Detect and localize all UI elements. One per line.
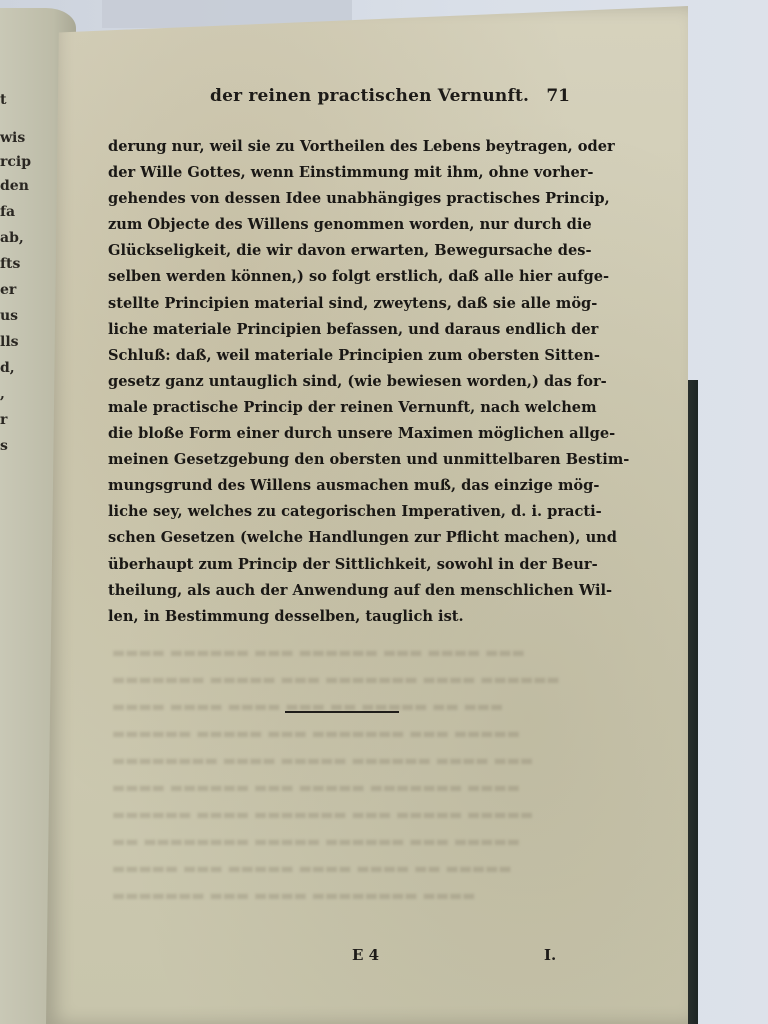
text-line: mungsgrund des Willens ausmachen muß, da…: [108, 473, 572, 499]
left-page-fragment: lls: [0, 334, 19, 350]
left-page-fragment: r: [0, 412, 7, 428]
text-line: meinen Gesetzgebung den obersten und unm…: [108, 447, 572, 473]
text-line: der Wille Gottes, wenn Einstimmung mit i…: [108, 160, 572, 186]
text-line: liche materiale Principien befassen, und…: [108, 317, 572, 343]
catchword: I.: [544, 946, 556, 964]
text-line: derung nur, weil sie zu Vortheilen des L…: [108, 134, 572, 160]
left-page-fragment: us: [0, 308, 18, 324]
left-page-fragment: ab,: [0, 230, 24, 246]
text-line: zum Objecte des Willens genommen worden,…: [108, 212, 572, 238]
text-line: die bloße Form einer durch unsere Maxime…: [108, 421, 572, 447]
bleed-through-text: ▬▬▬▬ ▬▬▬▬▬▬ ▬▬▬ ▬▬▬▬▬▬ ▬▬▬ ▬▬▬▬ ▬▬▬ ▬▬▬▬…: [112, 640, 572, 910]
body-text: derung nur, weil sie zu Vortheilen des L…: [108, 134, 572, 630]
left-page-fragment: fa: [0, 204, 15, 220]
signature-mark: E 4: [352, 946, 379, 964]
text-line: schen Gesetzen (welche Handlungen zur Pf…: [108, 525, 572, 551]
text-line: gesetz ganz untauglich sind, (wie bewies…: [108, 369, 572, 395]
running-head: der reinen practischen Vernunft.: [210, 86, 529, 106]
left-page-fragment: den: [0, 178, 29, 194]
text-line: stellte Principien material sind, zweyte…: [108, 291, 572, 317]
left-page-fragment: d,: [0, 360, 15, 376]
text-line: theilung, als auch der Anwendung auf den…: [108, 578, 572, 604]
text-line: len, in Bestimmung desselben, tauglich i…: [108, 604, 572, 630]
text-line: male practische Princip der reinen Vernu…: [108, 395, 572, 421]
left-page-fragment: t: [0, 92, 6, 108]
page-header: der reinen practischen Vernunft. 71: [210, 86, 570, 114]
text-line: Schluß: daß, weil materiale Principien z…: [108, 343, 572, 369]
left-page-fragment: wis: [0, 130, 25, 146]
text-line: selben werden können,) so folgt erstlich…: [108, 264, 572, 290]
left-page-fragment: ,: [0, 386, 5, 402]
section-divider-rule: [285, 711, 399, 713]
left-page-fragment: rcip: [0, 154, 31, 170]
text-line: liche sey, welches zu categorischen Impe…: [108, 499, 572, 525]
left-page-fragment: fts: [0, 256, 20, 272]
page-number: 71: [546, 86, 570, 106]
left-page-fragment: er: [0, 282, 16, 298]
left-page-fragment: s: [0, 438, 8, 454]
text-line: Glückseligkeit, die wir davon erwarten, …: [108, 238, 572, 264]
text-line: gehendes von dessen Idee unabhängiges pr…: [108, 186, 572, 212]
text-line: überhaupt zum Princip der Sittlichkeit, …: [108, 552, 572, 578]
